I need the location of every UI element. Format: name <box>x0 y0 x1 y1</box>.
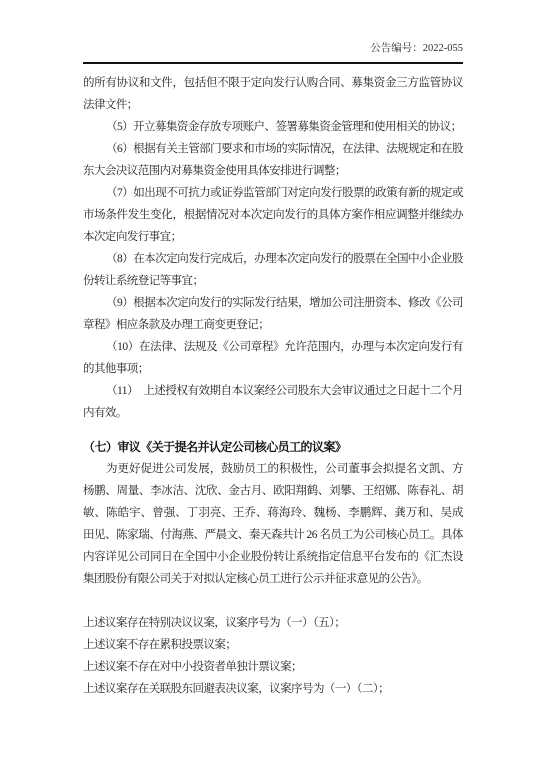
document-page: 公告编号：2022-055 的所有协议和文件，包括但不限于定向发行认购合同、募集… <box>0 0 545 771</box>
item-10-line: （10）在法律、法规及《公司章程》允许范围内，办理与本次定向发行有关 <box>83 336 463 358</box>
item-5-line: （5）开立募集资金存放专项账户、签署募集资金管理和使用相关的协议； <box>83 116 463 138</box>
blank-line <box>83 590 463 612</box>
item-8-line: （8）在本次定向发行完成后，办理本次定向发行的股票在全国中小企业股 <box>83 248 463 270</box>
core-staff-paragraph-line: 集团股份有限公司关于对拟认定核心员工进行公示并征求意见的公告》。 <box>83 568 463 590</box>
item-11-line: 内有效。 <box>83 402 463 424</box>
document-body: 的所有协议和文件，包括但不限于定向发行认购合同、募集资金三方监管协议等法律文件；… <box>83 72 463 700</box>
section-7-heading: （七）审议《关于提名并认定公司核心员工的议案》 <box>83 436 463 458</box>
item-7-line: 市场条件发生变化，根据情况对本次定向发行的具体方案作相应调整并继续办理 <box>83 204 463 226</box>
core-staff-paragraph-line: 杨鹏、周量、李冰洁、沈欣、金古月、欧阳翔鹤、刘攀、王绍娜、陈春礼、胡华 <box>83 480 463 502</box>
special-resolution-note: 上述议案存在特别决议议案，议案序号为（一）（五）； <box>83 612 463 634</box>
item-8-line: 份转让系统登记等事宜； <box>83 270 463 292</box>
related-shareholder-note: 上述议案存在关联股东回避表决议案，议案序号为（一）（二）； <box>83 678 463 700</box>
item-7-line: （7）如出现不可抗力或证券监管部门对定向发行股票的政策有新的规定或 <box>83 182 463 204</box>
body-line: 的所有协议和文件，包括但不限于定向发行认购合同、募集资金三方监管协议等 <box>83 72 463 94</box>
core-staff-paragraph-line: 为更好促进公司发展，鼓励员工的积极性，公司董事会拟提名文凯、方蕾、 <box>83 458 463 480</box>
item-9-line: 章程》相应条款及办理工商变更登记； <box>83 314 463 336</box>
item-11-line: （11） 上述授权有效期自本议案经公司股东大会审议通过之日起十二个月 <box>83 380 463 402</box>
body-line: 法律文件； <box>83 94 463 116</box>
announcement-number: 公告编号：2022-055 <box>83 40 463 58</box>
core-staff-paragraph-line: 田见、陈家瑞、付海燕、严晨文、秦天森共计 26 名员工为公司核心员工。具体 <box>83 524 463 546</box>
item-9-line: （9）根据本次定向发行的实际发行结果，增加公司注册资本、修改《公司 <box>83 292 463 314</box>
item-6-line: 东大会决议范围内对募集资金使用具体安排进行调整； <box>83 160 463 182</box>
item-6-line: （6）根据有关主管部门要求和市场的实际情况，在法律、法规规定和在股 <box>83 138 463 160</box>
document-content: 公告编号：2022-055 的所有协议和文件，包括但不限于定向发行认购合同、募集… <box>0 0 545 700</box>
header-divider-rule <box>83 62 463 64</box>
minority-investor-note: 上述议案不存在对中小投资者单独计票议案； <box>83 656 463 678</box>
item-7-line: 本次定向发行事宜； <box>83 226 463 248</box>
item-10-line: 的其他事项； <box>83 358 463 380</box>
cumulative-voting-note: 上述议案不存在累积投票议案； <box>83 634 463 656</box>
core-staff-paragraph-line: 内容详见公司同日在全国中小企业股份转让系统指定信息平台发布的《汇杰设计 <box>83 546 463 568</box>
core-staff-paragraph-line: 敏、陈皓宇、曾强、丁羽亮、王乔、蒋海玲、魏杨、李鹏辉、龚万和、吴成才、 <box>83 502 463 524</box>
